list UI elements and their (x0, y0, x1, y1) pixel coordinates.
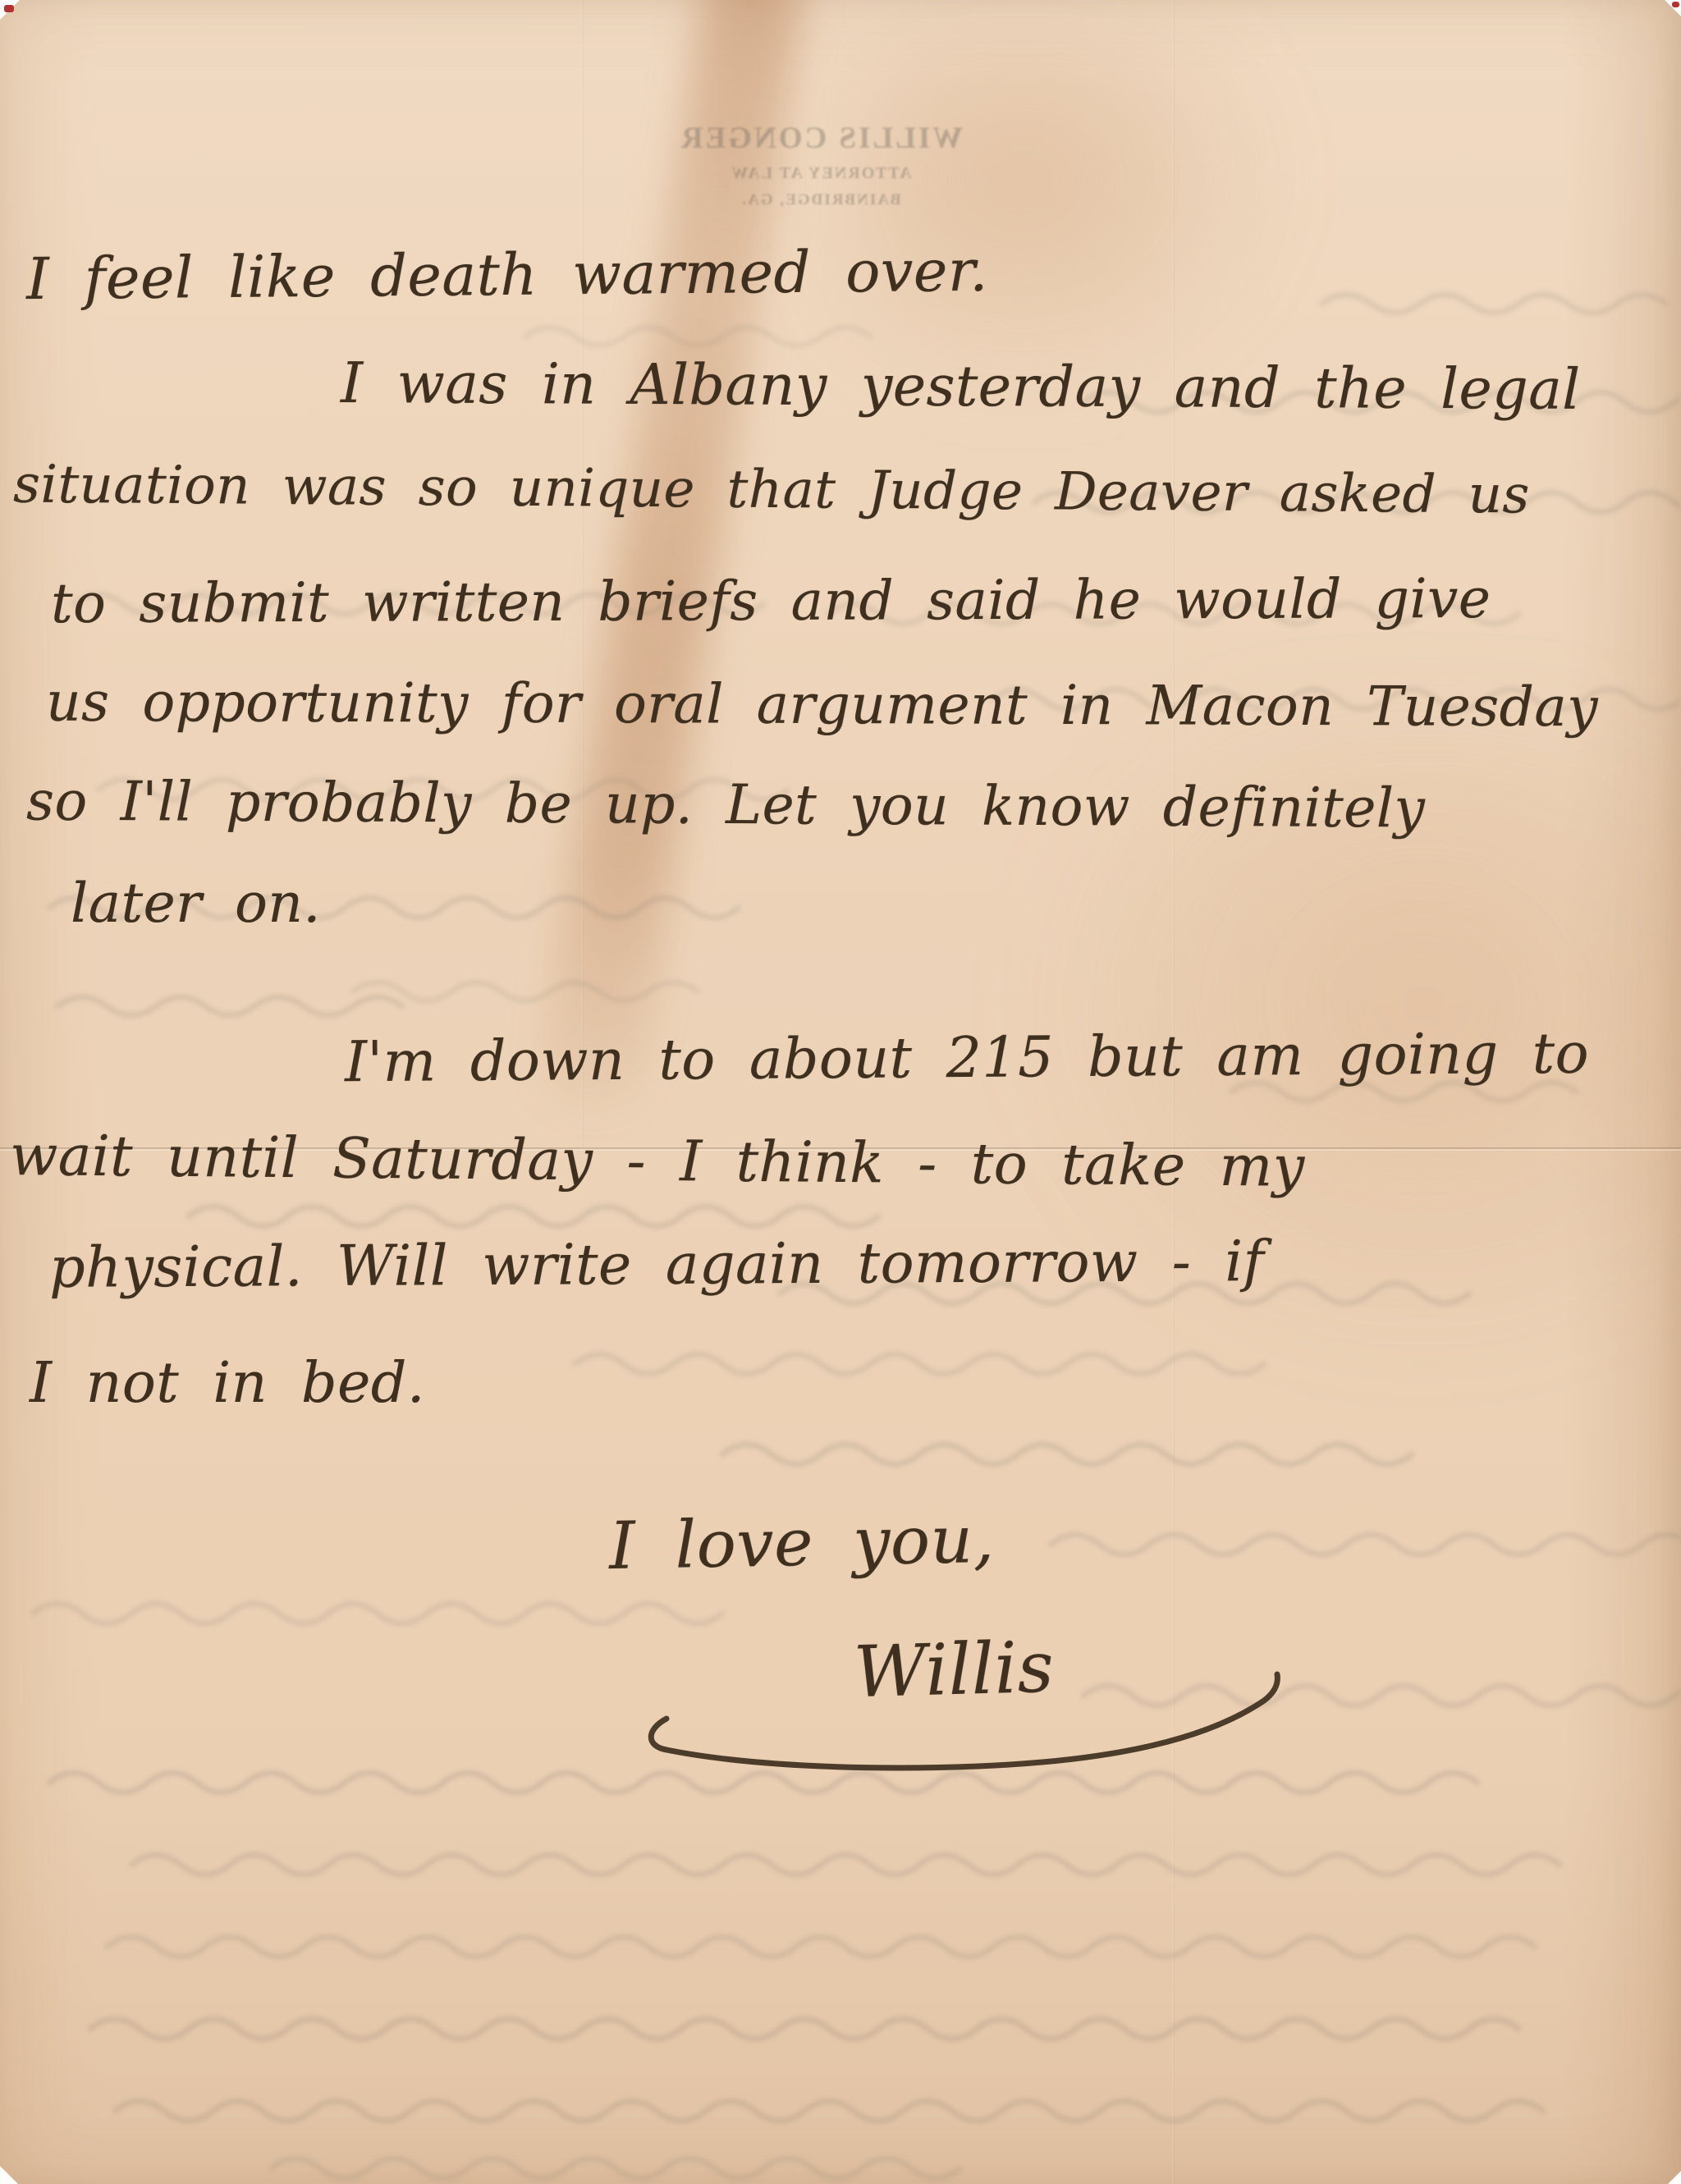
red-speck-artifact (4, 5, 14, 12)
signature-flourish (0, 0, 1681, 2184)
scan-corner-artifact (1668, 2171, 1681, 2184)
scan-corner-artifact (0, 2166, 18, 2184)
red-speck-artifact (1672, 2, 1679, 7)
letter-page: WILLIS CONGER ATTORNEY AT LAW BAINBRIDGE… (0, 0, 1681, 2184)
